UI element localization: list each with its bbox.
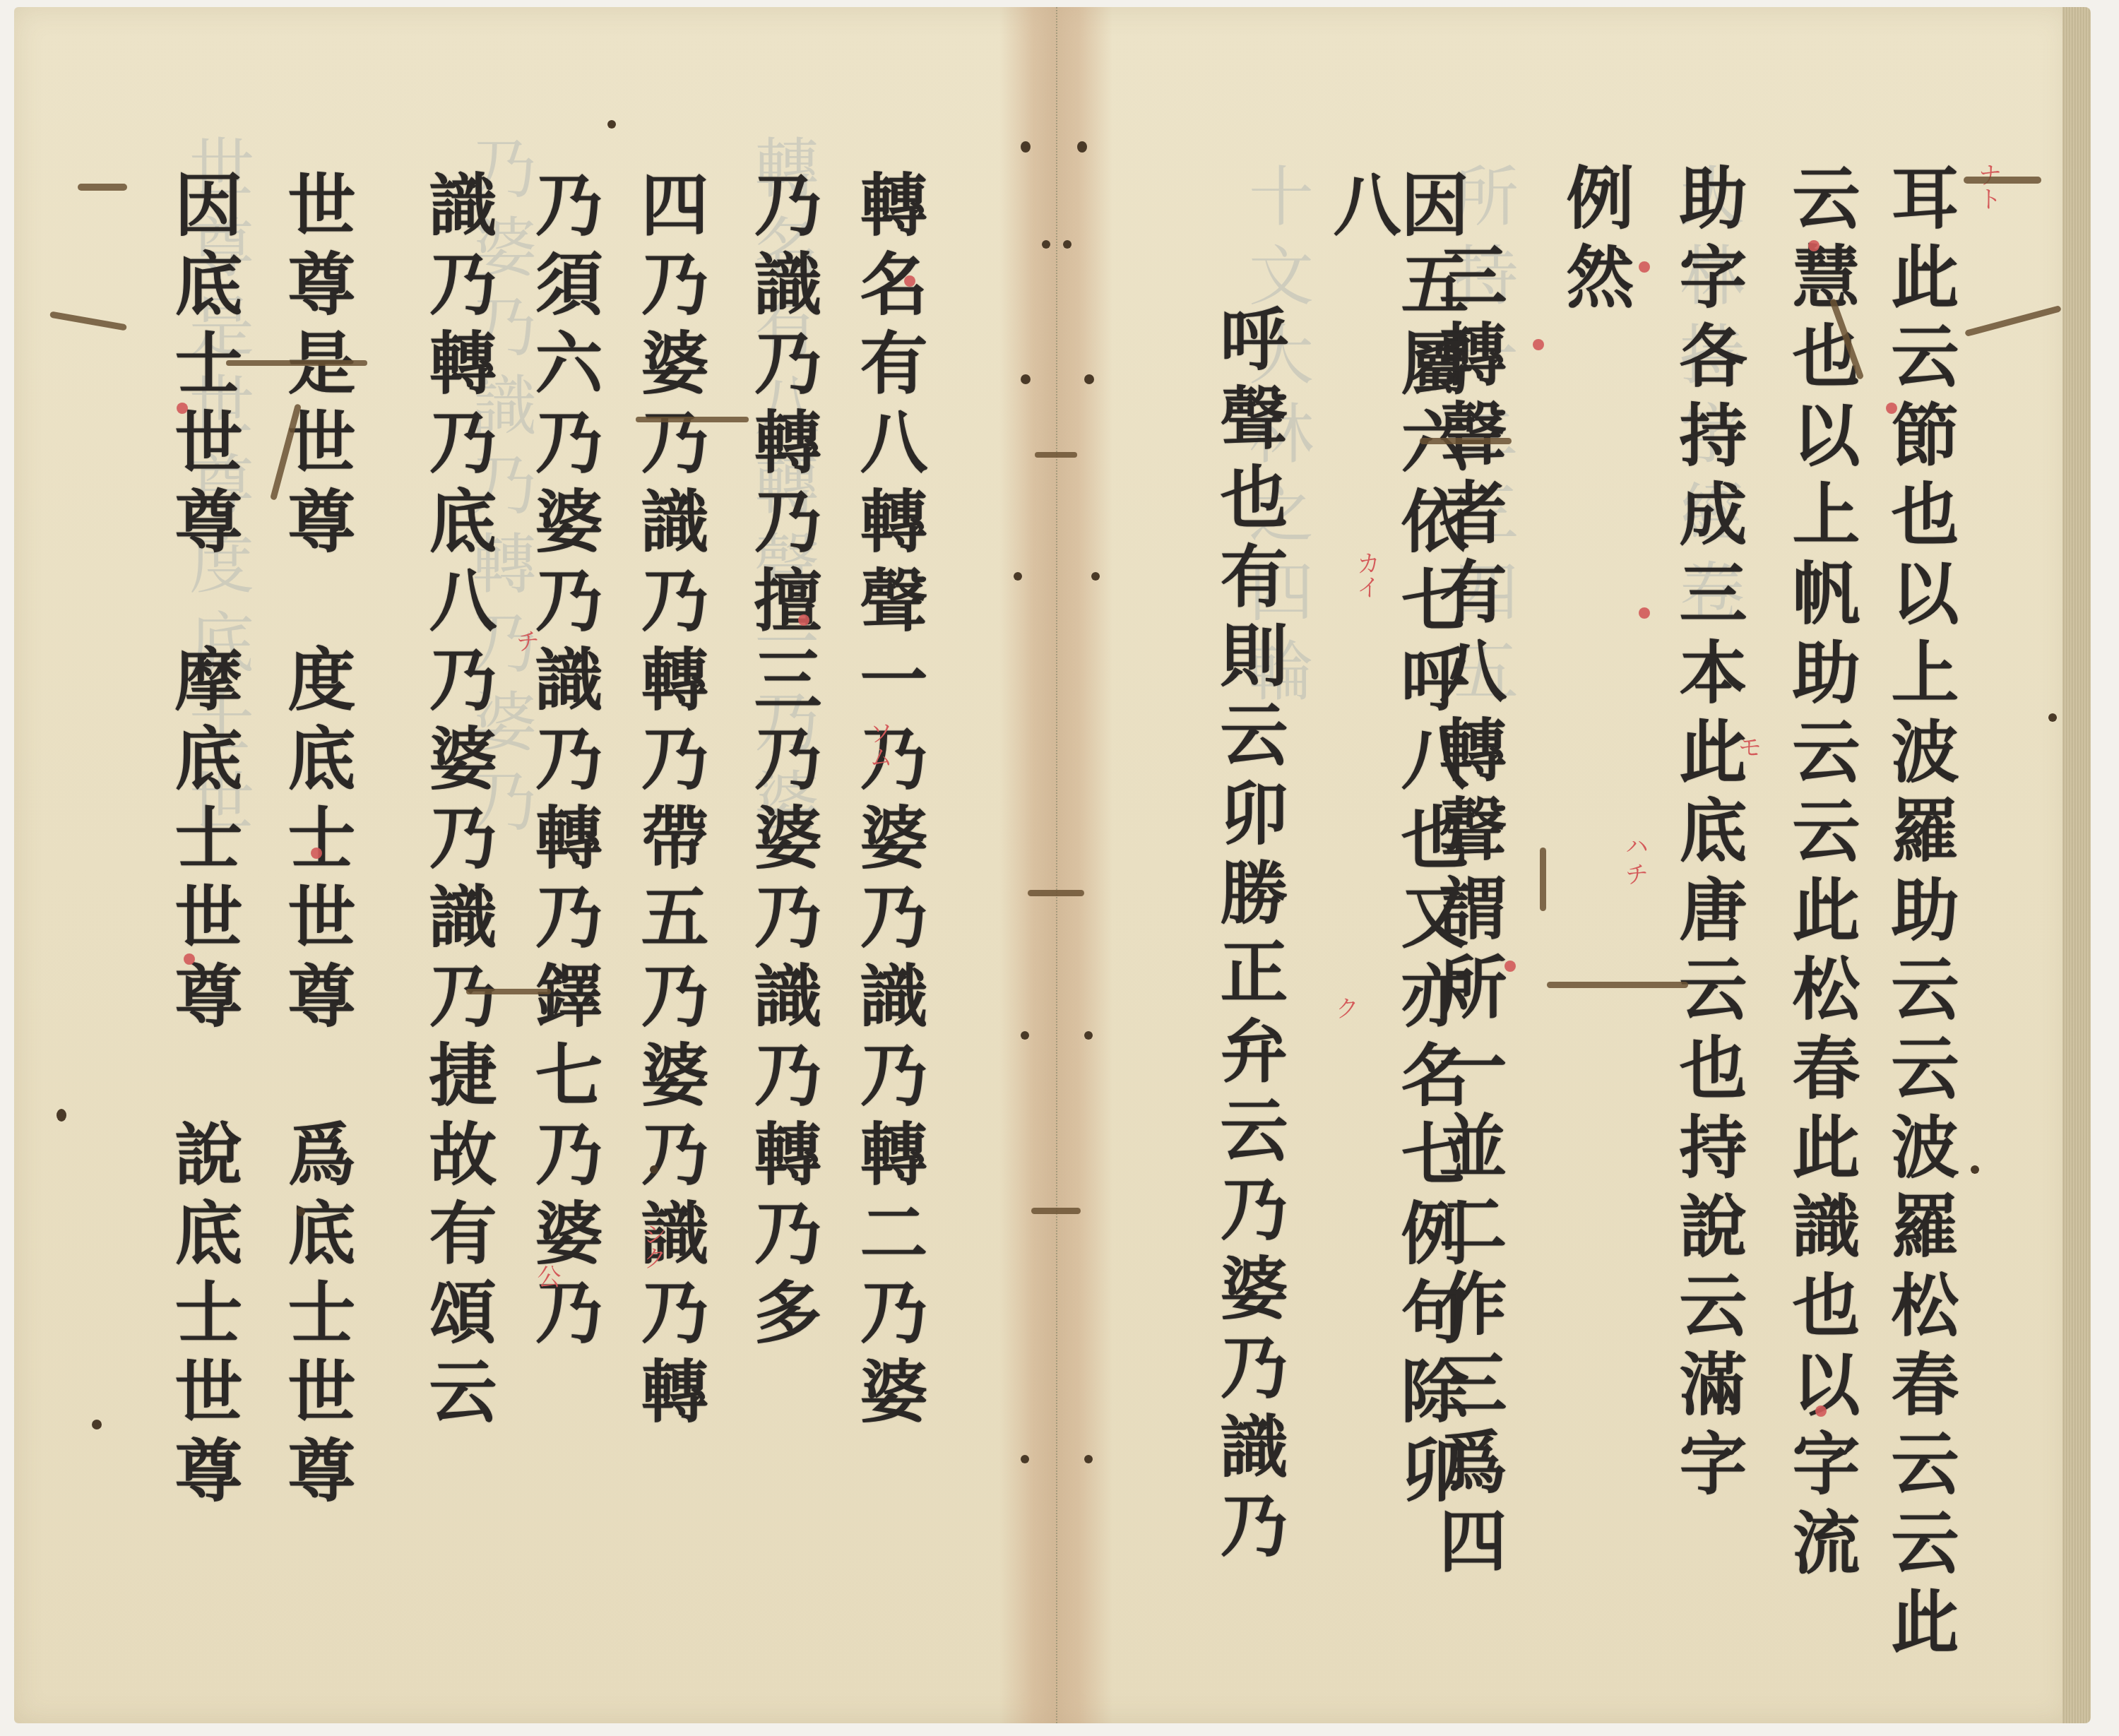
text-column: 乃須六乃婆乃識乃轉乃鐸七乃婆乃 [530, 170, 598, 1653]
wormhole [1042, 240, 1050, 249]
red-punctuation-dot [1639, 261, 1650, 273]
kana-gloss: カイ [1349, 551, 1384, 599]
text-column: 耳此云節也以上波羅助云云波羅松春云云此 [1886, 162, 1954, 1681]
text-column: 因底士世尊 摩底士世尊 說底士世尊 [170, 170, 237, 1653]
text-column: 云慧也以上帆助云云此松春此識也以字流 [1787, 162, 1855, 1681]
red-punctuation-dot [1886, 403, 1897, 414]
wormhole-trail [1031, 1208, 1081, 1214]
wormhole-trail [466, 989, 551, 994]
wormhole [2048, 713, 2057, 722]
red-punctuation-dot [1808, 240, 1820, 251]
wormhole [1021, 374, 1031, 384]
wormhole [1021, 1031, 1029, 1040]
red-punctuation-dot [1504, 961, 1516, 972]
wormhole-trail [1035, 452, 1077, 458]
book-gutter [999, 7, 1112, 1723]
red-punctuation-dot [177, 403, 188, 414]
wormhole-trail [1964, 305, 2062, 337]
wormhole [1084, 1031, 1093, 1040]
wormhole [1971, 1165, 1979, 1174]
kana-gloss: ナト [1971, 162, 2005, 210]
binding-seam [1056, 7, 1059, 1723]
red-punctuation-dot [1815, 1405, 1827, 1417]
wormhole [297, 1208, 305, 1216]
page-edge-stack [2062, 7, 2091, 1723]
wormhole [1084, 1455, 1093, 1463]
wormhole-trail [636, 417, 749, 422]
wormhole [1063, 240, 1072, 249]
text-column: 世尊是世尊 度底士世尊 爲底士世尊 [283, 170, 350, 1653]
wormhole [1084, 374, 1094, 384]
kana-gloss: 公 [530, 1264, 564, 1288]
wormhole [1021, 1455, 1029, 1463]
open-manuscript: 世尊是世尊度底士世 乃婆乃識乃轉乃婆乃 轉名有八轉聲一乃婆 轉名有八轉聲一乃婆乃… [14, 7, 2087, 1723]
wormhole [92, 1420, 102, 1429]
kana-gloss: ハ [1618, 833, 1652, 857]
wormhole [57, 1109, 66, 1122]
wormhole-trail [226, 360, 367, 366]
wormhole-trail [1547, 982, 1688, 988]
text-column-heading: 例然 [1561, 162, 1629, 445]
wormhole-trail [78, 184, 127, 191]
kana-gloss: ソム [862, 720, 896, 768]
red-punctuation-dot [798, 614, 809, 626]
text-column: 轉名有八轉聲一乃婆乃識乃轉二乃婆 [855, 170, 922, 1653]
wormhole [1014, 572, 1022, 581]
red-punctuation-dot [1639, 607, 1650, 619]
wormhole [1021, 141, 1031, 153]
kana-gloss: チ [1618, 862, 1652, 886]
text-column: 乃識乃轉乃擅三乃婆乃識乃轉乃多 [749, 170, 817, 1653]
wormhole [607, 120, 616, 129]
text-column: 識乃轉乃底八乃婆乃識乃捷故有頌云 [424, 170, 492, 1653]
kana-gloss: シク [636, 1222, 670, 1270]
wormhole-trail [49, 311, 127, 331]
wormhole-trail [1028, 890, 1084, 896]
right-page: 十文大林之四輪 所持一二三四五 大林持字經卷 耳此云節也以上波羅助云云波羅松春云… [1052, 7, 2070, 1723]
text-column: 助字各持成三本此底唐云也持說云滿字 [1674, 162, 1742, 1681]
wormhole [1077, 141, 1087, 153]
wormhole [650, 1165, 658, 1174]
wormhole [1091, 572, 1100, 581]
red-punctuation-dot [904, 275, 915, 287]
red-punctuation-dot [184, 953, 195, 965]
text-column: 呼聲也有則云卯勝正弁云乃婆乃識乃 [1215, 304, 1283, 1646]
red-punctuation-dot [1533, 339, 1544, 350]
wormhole-trail [1420, 438, 1512, 444]
kana-gloss: チ [509, 629, 543, 653]
kana-gloss: モ [1731, 735, 1765, 759]
wormhole-trail [1540, 848, 1546, 911]
wormhole-trail [1964, 177, 2041, 184]
left-page: 世尊是世尊度底士世 乃婆乃識乃轉乃婆乃 轉名有八轉聲一乃婆 轉名有八轉聲一乃婆乃… [14, 7, 1052, 1723]
red-punctuation-dot [311, 848, 322, 859]
text-column: 因五屬六依七呼八也又亦名七例句除卯八 [1328, 170, 1464, 1582]
text-column: 四乃婆乃識乃轉乃帶五乃婆乃識乃轉 [636, 170, 704, 1653]
kana-gloss: ク [1328, 996, 1363, 1020]
